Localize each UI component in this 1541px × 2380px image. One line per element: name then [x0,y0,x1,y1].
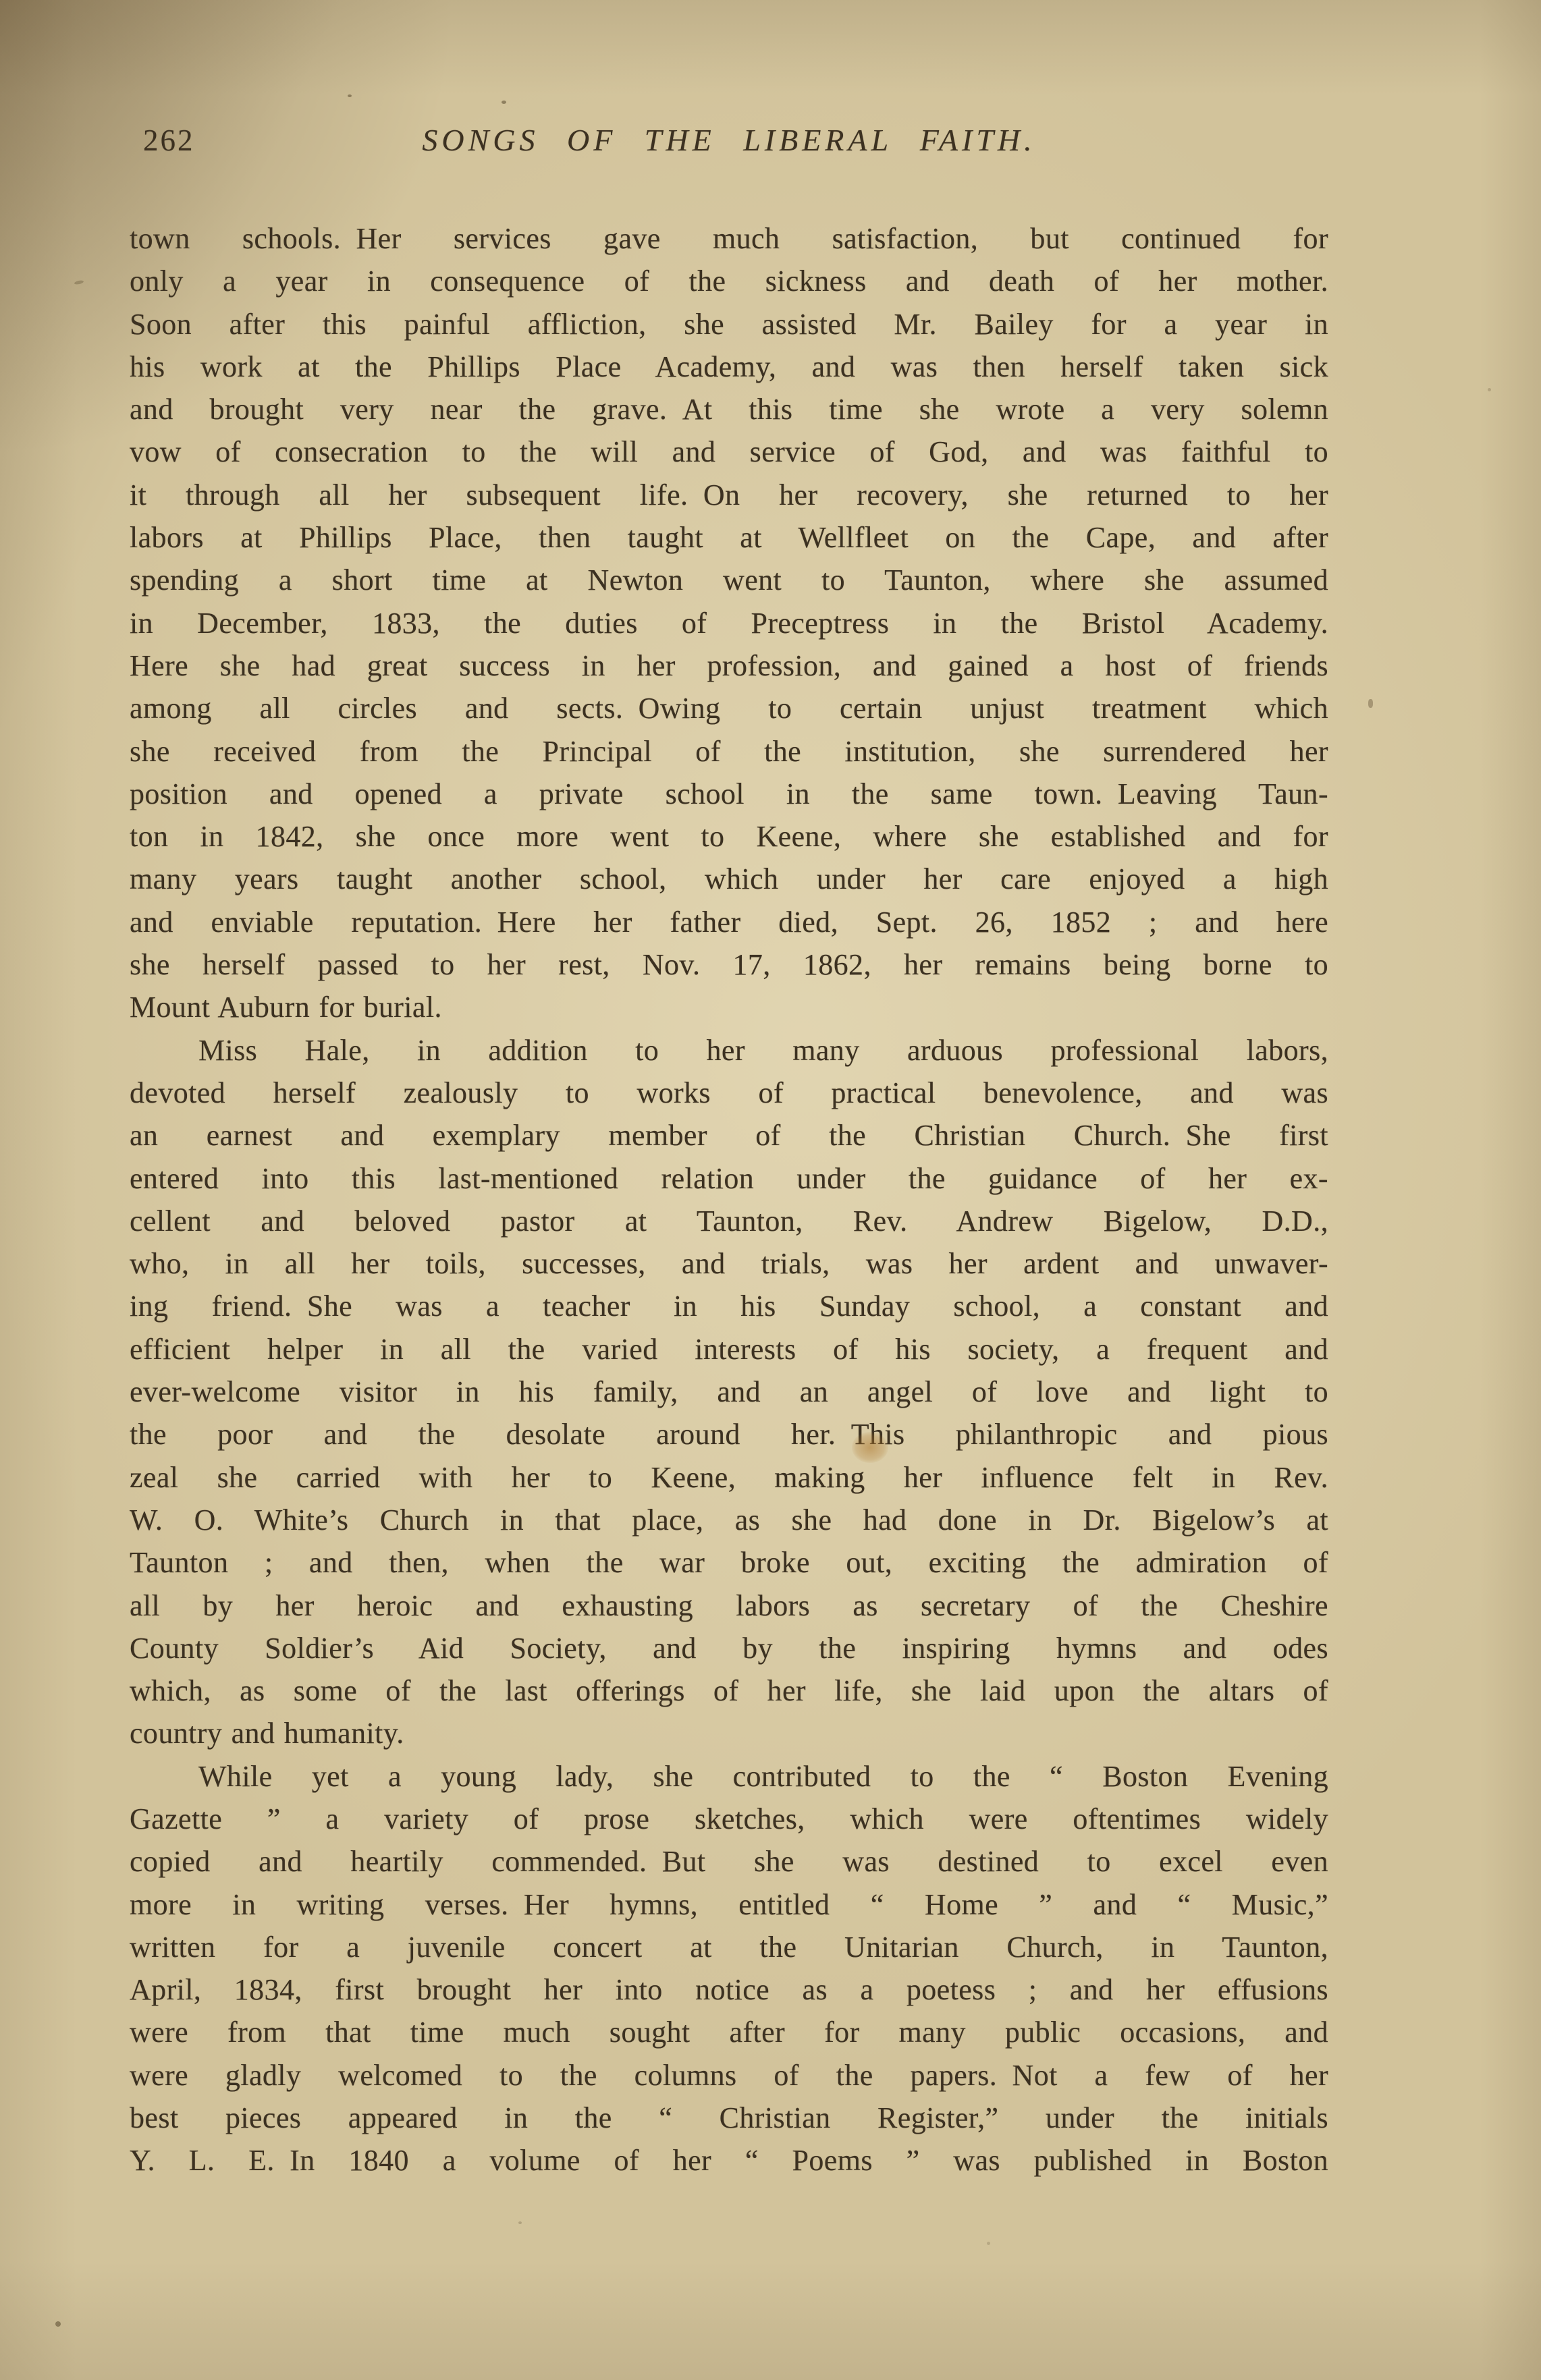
text-line: only a year in consequence of the sickne… [130,260,1328,302]
text-line: an earnest and exemplary member of the C… [130,1114,1328,1157]
text-line: she received from the Principal of the i… [130,730,1328,773]
text-line: zeal she carried with her to Keene, maki… [130,1456,1328,1499]
text-line: it through all her subsequent life. On h… [130,474,1328,516]
text-line: cellent and beloved pastor at Taunton, R… [130,1200,1328,1242]
text-line: among all circles and sects. Owing to ce… [130,687,1328,729]
paragraph: While yet a young lady, she contributed … [130,1755,1328,2182]
text-line: County Soldier’s Aid Society, and by the… [130,1627,1328,1669]
text-line: Taunton ; and then, when the war broke o… [130,1541,1328,1584]
text-line: she herself passed to her rest, Nov. 17,… [130,943,1328,986]
text-line: Gazette ” a variety of prose sketches, w… [130,1798,1328,1840]
text-line: position and opened a private school in … [130,773,1328,815]
paper-speck [74,280,84,285]
text-line: April, 1834, first brought her into noti… [130,1968,1328,2011]
paragraph: town schools. Her services gave much sat… [130,217,1328,1029]
paper-speck [55,2321,61,2327]
text-line: country and humanity. [130,1712,1328,1754]
text-line: ing friend. She was a teacher in his Sun… [130,1285,1328,1327]
text-line: efficient helper in all the varied inter… [130,1328,1328,1371]
paragraph: Miss Hale, in addition to her many arduo… [130,1029,1328,1755]
text-line: devoted herself zealously to works of pr… [130,1072,1328,1114]
text-line: who, in all her toils, successes, and tr… [130,1242,1328,1285]
text-line: Mount Auburn for burial. [130,986,1328,1028]
text-line: written for a juvenile concert at the Un… [130,1926,1328,1968]
text-line: ton in 1842, she once more went to Keene… [130,815,1328,858]
text-line: which, as some of the last offerings of … [130,1669,1328,1712]
paper-speck [1368,699,1373,708]
text-line: vow of consecration to the will and serv… [130,431,1328,473]
running-title: SONGS OF THE LIBERAL FAITH. [130,116,1328,165]
text-line: labors at Phillips Place, then taught at… [130,516,1328,559]
text-line: all by her heroic and exhausting labors … [130,1584,1328,1627]
paper-speck [348,94,352,97]
text-line: copied and heartily commended. But she w… [130,1840,1328,1883]
paper-speck [518,2221,522,2224]
text-line: spending a short time at Newton went to … [130,559,1328,601]
text-line: While yet a young lady, she contributed … [130,1755,1328,1798]
paper-speck [1488,388,1491,391]
paper-speck [502,101,506,104]
text-line: best pieces appeared in the “ Christian … [130,2097,1328,2139]
book-page-scan: 262 SONGS OF THE LIBERAL FAITH. town sch… [0,0,1541,2380]
text-line: more in writing verses. Her hymns, entit… [130,1883,1328,1926]
text-line: were gladly welcomed to the columns of t… [130,2054,1328,2097]
text-line: Soon after this painful affliction, she … [130,303,1328,345]
text-line: his work at the Phillips Place Academy, … [130,345,1328,388]
text-line: Miss Hale, in addition to her many arduo… [130,1029,1328,1072]
text-line: Y. L. E. In 1840 a volume of her “ Poems… [130,2139,1328,2182]
text-line: town schools. Her services gave much sat… [130,217,1328,260]
text-line: in December, 1833, the duties of Precept… [130,602,1328,644]
page-body: town schools. Her services gave much sat… [130,217,1328,2182]
paper-speck [987,2242,990,2245]
text-line: W. O. White’s Church in that place, as s… [130,1499,1328,1541]
text-line: ever-welcome visitor in his family, and … [130,1371,1328,1413]
text-line: Here she had great success in her profes… [130,644,1328,687]
text-line: and brought very near the grave. At this… [130,388,1328,431]
running-head: 262 SONGS OF THE LIBERAL FAITH. [130,116,1328,165]
text-line: many years taught another school, which … [130,858,1328,900]
text-line: the poor and the desolate around her. Th… [130,1413,1328,1456]
text-line: were from that time much sought after fo… [130,2011,1328,2053]
text-line: and enviable reputation. Here her father… [130,901,1328,943]
text-line: entered into this last-mentioned relatio… [130,1157,1328,1200]
